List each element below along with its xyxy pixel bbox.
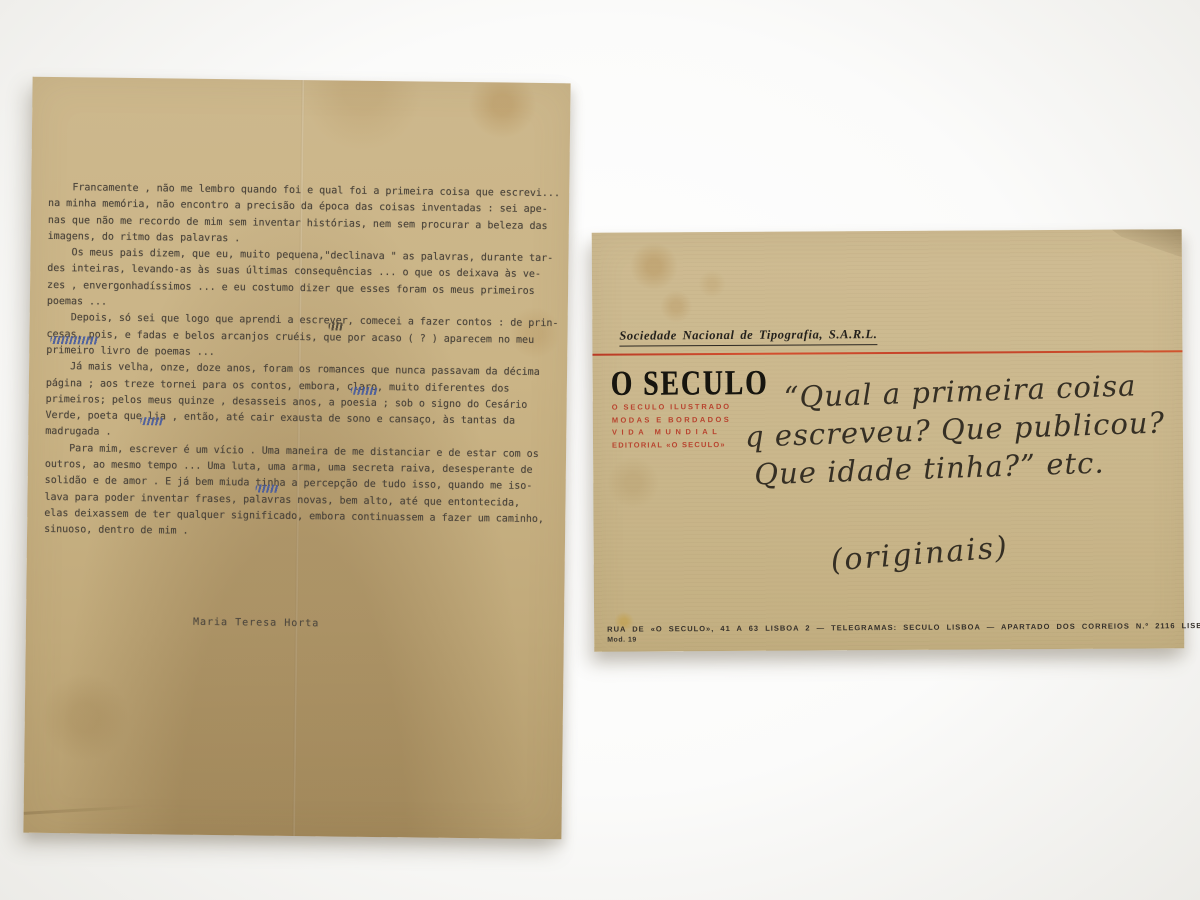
- form-number: Mod. 19: [607, 637, 637, 644]
- signature: Maria Teresa Horta: [193, 617, 319, 630]
- handwritten-note: “Qual a primeira coisaq escreveu? Que pu…: [743, 365, 1167, 493]
- ink-scribble: [50, 336, 98, 345]
- address-line: RUA DE «O SECULO», 41 A 63 LISBOA 2 — TE…: [607, 621, 1200, 634]
- letter-body-text: Francamente , não me lembro quando foi e…: [44, 180, 560, 545]
- publisher-name: Sociedade Nacional de Tipografia, S.A.R.…: [619, 327, 877, 347]
- envelope: Sociedade Nacional de Tipografia, S.A.R.…: [592, 229, 1185, 652]
- ink-scribble: [351, 387, 378, 395]
- ink-scribble: [256, 484, 279, 492]
- photo-backdrop: Francamente , não me lembro quando foi e…: [0, 0, 1200, 900]
- handwritten-originais: (originais): [789, 527, 1051, 582]
- logo-sublines: O SECULO ILUSTRADOMODAS E BORDADOSVIDA M…: [612, 401, 732, 452]
- bent-corner: [1112, 229, 1182, 257]
- typewritten-letter: Francamente , não me lembro quando foi e…: [23, 77, 570, 840]
- ink-scribble: [140, 417, 163, 425]
- red-rule: [592, 350, 1182, 356]
- ink-scribble: [329, 322, 344, 330]
- corner-crease: [24, 805, 144, 815]
